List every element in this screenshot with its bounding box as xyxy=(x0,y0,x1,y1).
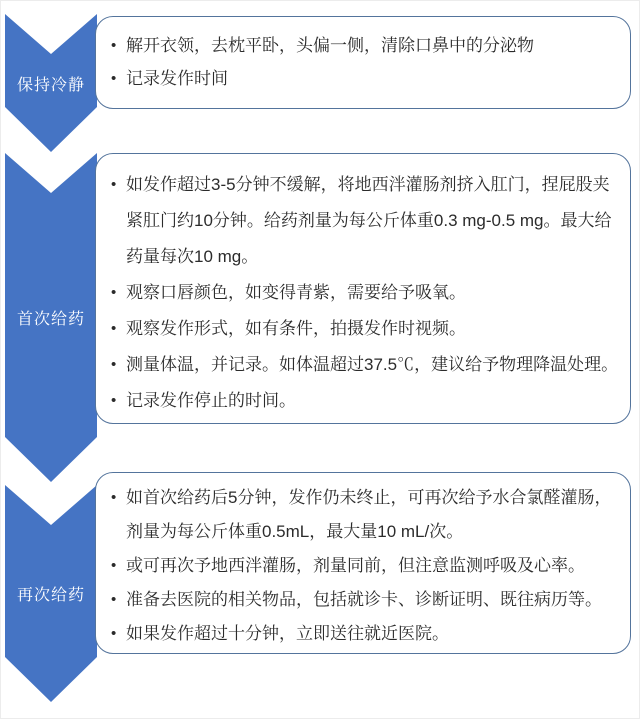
bullet-text: 观察口唇颜色，如变得青紫，需要给予吸氧。 xyxy=(126,283,466,302)
bullet-text: 观察发作形式，如有条件，拍摄发作时视频。 xyxy=(126,319,466,338)
seizure-first-aid-flowchart: 保持冷静 首次给药 再次给药 • 解开衣领，去枕平卧，头偏一侧，清除口鼻中的分泌… xyxy=(0,0,640,719)
list-item: • 如发作超过3-5分钟不缓解，将地西泮灌肠剂挤入肛门，捏屁股夹紧肛门约10分钟… xyxy=(109,167,622,275)
step-arrow-first-dose: 首次给药 xyxy=(5,153,97,482)
bullet-icon: • xyxy=(111,481,116,515)
bullet-text: 如发作超过3-5分钟不缓解，将地西泮灌肠剂挤入肛门，捏屁股夹紧肛门约10分钟。给… xyxy=(126,175,612,266)
list-item: • 如果发作超过十分钟，立即送往就近医院。 xyxy=(109,617,622,651)
bullet-text: 如首次给药后5分钟，发作仍未终止，可再次给予水合氯醛灌肠，剂量为每公斤体重0.5… xyxy=(126,488,611,541)
step-arrow-stay-calm: 保持冷静 xyxy=(5,14,97,152)
list-item: • 如首次给药后5分钟，发作仍未终止，可再次给予水合氯醛灌肠，剂量为每公斤体重0… xyxy=(109,481,622,549)
bullet-list: • 解开衣领，去枕平卧，头偏一侧，清除口鼻中的分泌物 • 记录发作时间 xyxy=(109,29,618,95)
list-item: • 记录发作时间 xyxy=(109,62,618,95)
bullet-icon: • xyxy=(111,347,116,383)
step-label: 首次给药 xyxy=(17,306,85,329)
bullet-text: 测量体温，并记录。如体温超过37.5℃，建议给予物理降温处理。 xyxy=(126,355,618,374)
list-item: • 或可再次予地西泮灌肠，剂量同前，但注意监测呼吸及心率。 xyxy=(109,549,622,583)
step-box-first-dose: • 如发作超过3-5分钟不缓解，将地西泮灌肠剂挤入肛门，捏屁股夹紧肛门约10分钟… xyxy=(95,153,631,424)
step-box-stay-calm: • 解开衣领，去枕平卧，头偏一侧，清除口鼻中的分泌物 • 记录发作时间 xyxy=(95,16,631,109)
step-arrow-second-dose: 再次给药 xyxy=(5,485,97,702)
bullet-icon: • xyxy=(111,311,116,347)
bullet-text: 如果发作超过十分钟，立即送往就近医院。 xyxy=(126,624,449,643)
list-item: • 测量体温，并记录。如体温超过37.5℃，建议给予物理降温处理。 xyxy=(109,347,622,383)
bullet-icon: • xyxy=(111,549,116,583)
bullet-icon: • xyxy=(111,583,116,617)
bullet-icon: • xyxy=(111,275,116,311)
bullet-text: 准备去医院的相关物品，包括就诊卡、诊断证明、既往病历等。 xyxy=(126,590,602,609)
list-item: • 准备去医院的相关物品，包括就诊卡、诊断证明、既往病历等。 xyxy=(109,583,622,617)
bullet-list: • 如首次给药后5分钟，发作仍未终止，可再次给予水合氯醛灌肠，剂量为每公斤体重0… xyxy=(109,481,622,651)
bullet-icon: • xyxy=(111,29,116,62)
bullet-text: 或可再次予地西泮灌肠，剂量同前，但注意监测呼吸及心率。 xyxy=(126,556,585,575)
bullet-list: • 如发作超过3-5分钟不缓解，将地西泮灌肠剂挤入肛门，捏屁股夹紧肛门约10分钟… xyxy=(109,167,622,419)
step-box-second-dose: • 如首次给药后5分钟，发作仍未终止，可再次给予水合氯醛灌肠，剂量为每公斤体重0… xyxy=(95,472,631,654)
bullet-icon: • xyxy=(111,617,116,651)
bullet-text: 解开衣领，去枕平卧，头偏一侧，清除口鼻中的分泌物 xyxy=(126,36,534,55)
list-item: • 观察发作形式，如有条件，拍摄发作时视频。 xyxy=(109,311,622,347)
step-label: 保持冷静 xyxy=(17,72,85,95)
bullet-icon: • xyxy=(111,62,116,95)
list-item: • 观察口唇颜色，如变得青紫，需要给予吸氧。 xyxy=(109,275,622,311)
bullet-text: 记录发作停止的时间。 xyxy=(126,391,296,410)
bullet-icon: • xyxy=(111,167,116,203)
step-label: 再次给药 xyxy=(17,582,85,605)
list-item: • 记录发作停止的时间。 xyxy=(109,383,622,419)
bullet-text: 记录发作时间 xyxy=(126,69,228,88)
bullet-icon: • xyxy=(111,383,116,419)
list-item: • 解开衣领，去枕平卧，头偏一侧，清除口鼻中的分泌物 xyxy=(109,29,618,62)
